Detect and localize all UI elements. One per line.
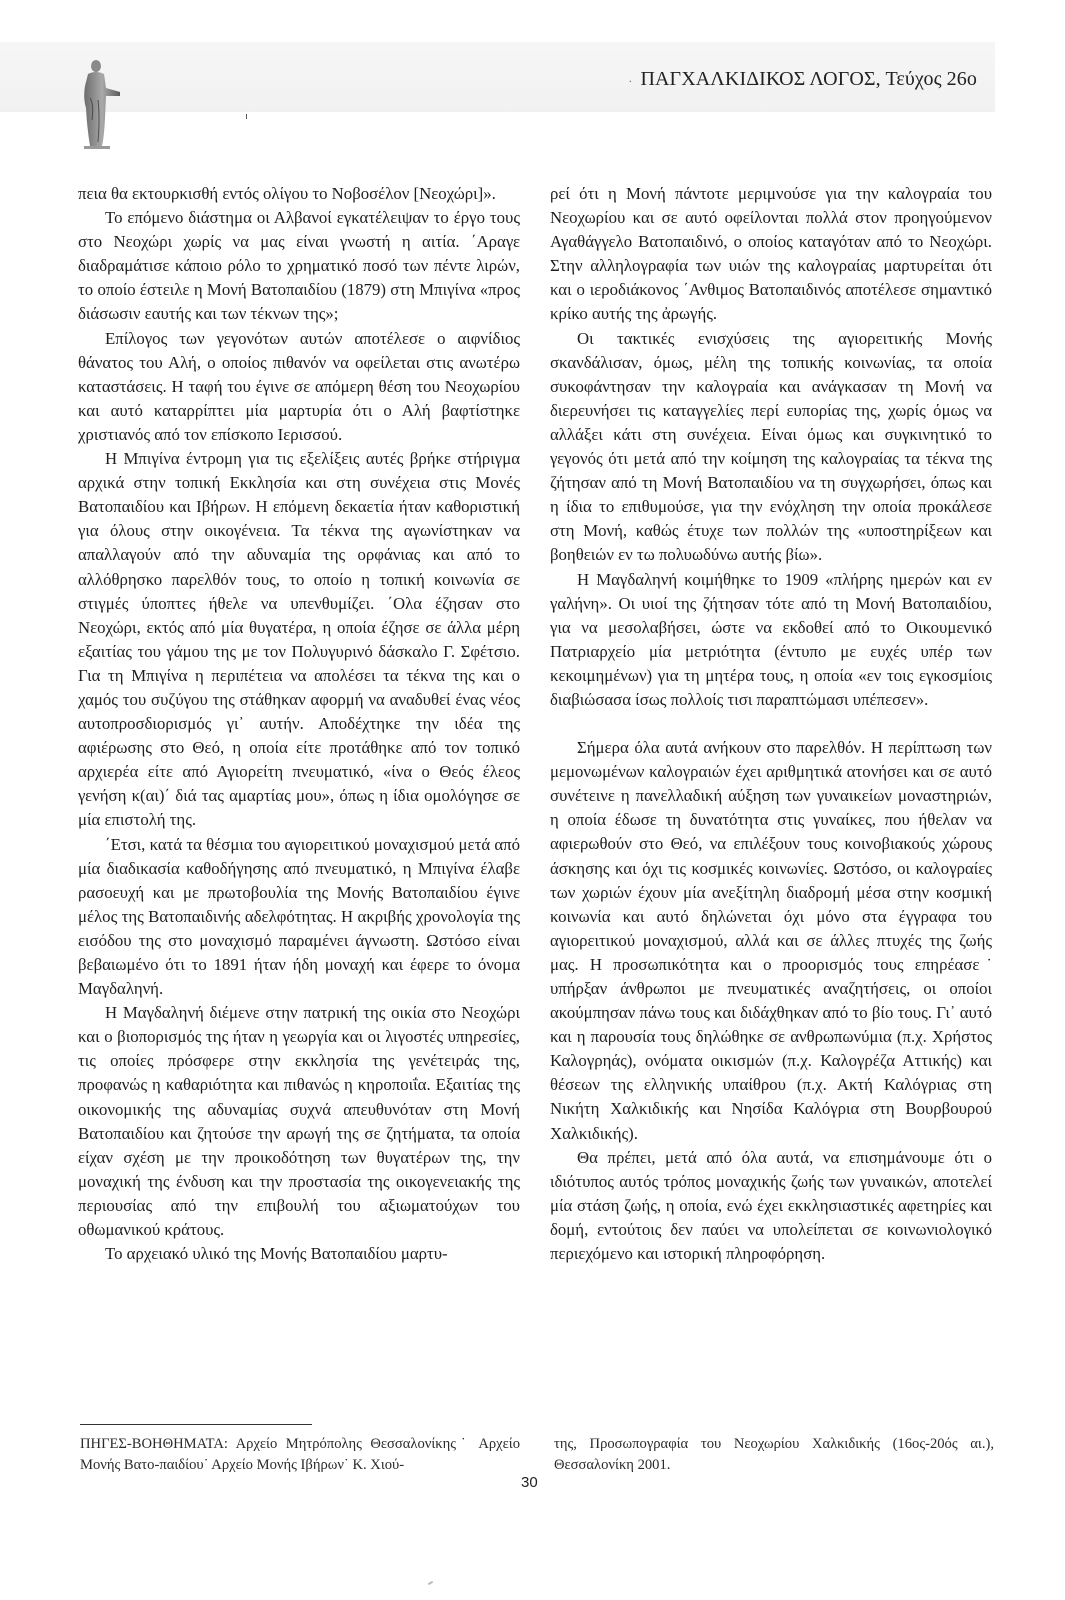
journal-title: ΠΑΓΧΑΛΚΙΔΙΚΟΣ ΛΟΓΟΣ, Τεύχος 26ο — [640, 68, 977, 90]
footnote-sources-right: της, Προσωπογραφία του Νεοχωρίου Χαλκιδι… — [554, 1434, 994, 1476]
paragraph: Η Μαγδαληνή διέμενε στην πατρική της οικ… — [78, 1001, 520, 1242]
paragraph: ρεί ότι η Μονή πάντοτε μεριμνούσε για τη… — [550, 182, 992, 327]
paragraph: πεια θα εκτουρκισθή εντός ολίγου το Νοβο… — [78, 182, 520, 206]
paragraph: Το αρχειακό υλικό της Μονής Βατοπαιδίου … — [78, 1242, 520, 1266]
paragraph: ΄Ετσι, κατά τα θέσμια του αγιορειτικού μ… — [78, 833, 520, 1002]
header-bullet: · — [628, 74, 632, 88]
scan-speck — [428, 1581, 433, 1585]
journal-header: ·ΠΑΓΧΑΛΚΙΔΙΚΟΣ ΛΟΓΟΣ, Τεύχος 26ο — [628, 68, 977, 91]
paragraph: Επίλογος των γεγονότων αυτών αποτέλεσε ο… — [78, 327, 520, 447]
tick-mark — [246, 114, 247, 119]
page-number: 30 — [521, 1474, 538, 1491]
left-column: πεια θα εκτουρκισθή εντός ολίγου το Νοβο… — [78, 182, 520, 1266]
paragraph: Οι τακτικές ενισχύσεις της αγιορειτικής … — [550, 327, 992, 568]
right-column: ρεί ότι η Μονή πάντοτε μεριμνούσε για τη… — [550, 182, 992, 1266]
footnote-divider — [80, 1424, 312, 1425]
statue-figure-icon — [76, 58, 124, 154]
paragraph: Η Μαγδαληνή κοιμήθηκε το 1909 «πλήρης ημ… — [550, 568, 992, 713]
footnote-sources-left: ΠΗΓΕΣ-ΒΟΗΘΗΜΑΤΑ: Αρχείο Μητρόπολης Θεσσα… — [80, 1434, 520, 1476]
paragraph: Θα πρέπει, μετά από όλα αυτά, να επισημά… — [550, 1146, 992, 1266]
paragraph: Σήμερα όλα αυτά ανήκουν στο παρελθόν. Η … — [550, 736, 992, 1146]
paragraph: Η Μπιγίνα έντρομη για τις εξελίξεις αυτέ… — [78, 447, 520, 833]
paragraph: Το επόμενο διάστημα οι Αλβανοί εγκατέλει… — [78, 206, 520, 326]
